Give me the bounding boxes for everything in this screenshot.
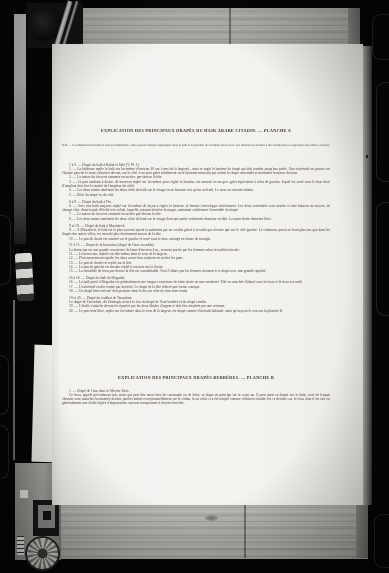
paragraph: 10. — Le pan de droite est ramené sur le…: [62, 237, 330, 241]
side-rail-thin: [13, 300, 15, 460]
paragraphs-planche-b: 1. — Drapé de l'izar dans le Moyen Atlas…: [62, 386, 330, 406]
photo-frame: EXPLICATION DES PRINCIPAUX DRAPÉS DU HAI…: [0, 0, 389, 573]
wood-top-end-grain: [348, 8, 360, 46]
film-gate-slot: [43, 511, 51, 520]
paragraph: 18. — Un drapé bien exécuté doit produir…: [62, 289, 330, 293]
paragraph: 3. — Le pan tombant à droite, de nouveau…: [62, 180, 330, 189]
wood-knot: [205, 515, 218, 521]
heading-planche-b: EXPLICATION DES PRINCIPAUX DRAPÉS BERBÈR…: [62, 375, 330, 380]
right-bezel-2: [376, 202, 389, 316]
paragraph: Ce tissu, appelé précisément izar, mais …: [62, 393, 330, 406]
wood-plank-top: [46, 8, 360, 48]
paragraphs-planche-a: 1 à 5. — Drapé du haïk à Rabat et Salé (…: [62, 160, 330, 313]
page-right-edge: [363, 46, 372, 505]
wood-plank-bottom: [57, 503, 368, 559]
wood-bottom-end-grain: [356, 503, 368, 558]
wood-top-seam: [229, 8, 231, 46]
right-bezel-3: [372, 14, 389, 60]
wood-bottom-seam: [244, 503, 246, 558]
paragraph: 9. — A Marrakech, le haïk est le plus so…: [62, 228, 330, 237]
right-bezel-1: [376, 82, 389, 182]
left-bezel-1: [0, 215, 11, 285]
paragraph: 15. — La retombée de tissu par-dessus la…: [62, 269, 330, 273]
side-rail: [14, 14, 26, 244]
left-bezel-2: [0, 355, 9, 415]
knob-label: [17, 536, 24, 555]
right-bezel-4: [374, 514, 389, 568]
paragraph: 8. — Les deux mains ramènent les deux cô…: [62, 217, 330, 221]
film-advance-knob: [27, 538, 58, 569]
paragraph: 6. — Avec son haïk toujours replié sur l…: [62, 204, 330, 213]
left-bezel-3: [0, 425, 9, 479]
paragraph: 5. — Effet du drapé vu de côté.: [62, 193, 330, 197]
nb-note: N.B. — Les dimensions du haïk ne sont pa…: [62, 144, 330, 148]
document-page: EXPLICATION DES PRINCIPAUX DRAPÉS DU HAI…: [52, 44, 363, 505]
panel-chip: [20, 490, 28, 498]
paragraph: 1. — La haïkeuse replie le haïk sur lui-…: [62, 167, 330, 176]
page-edge-mark: [366, 155, 368, 158]
paragraph: 20. — Le pan resté libre, replié sur lui…: [62, 309, 330, 313]
heading-planche-a: EXPLICATION DES PRINCIPAUX DRAPÉS DU HAI…: [62, 128, 330, 133]
page-clip: [15, 253, 34, 302]
